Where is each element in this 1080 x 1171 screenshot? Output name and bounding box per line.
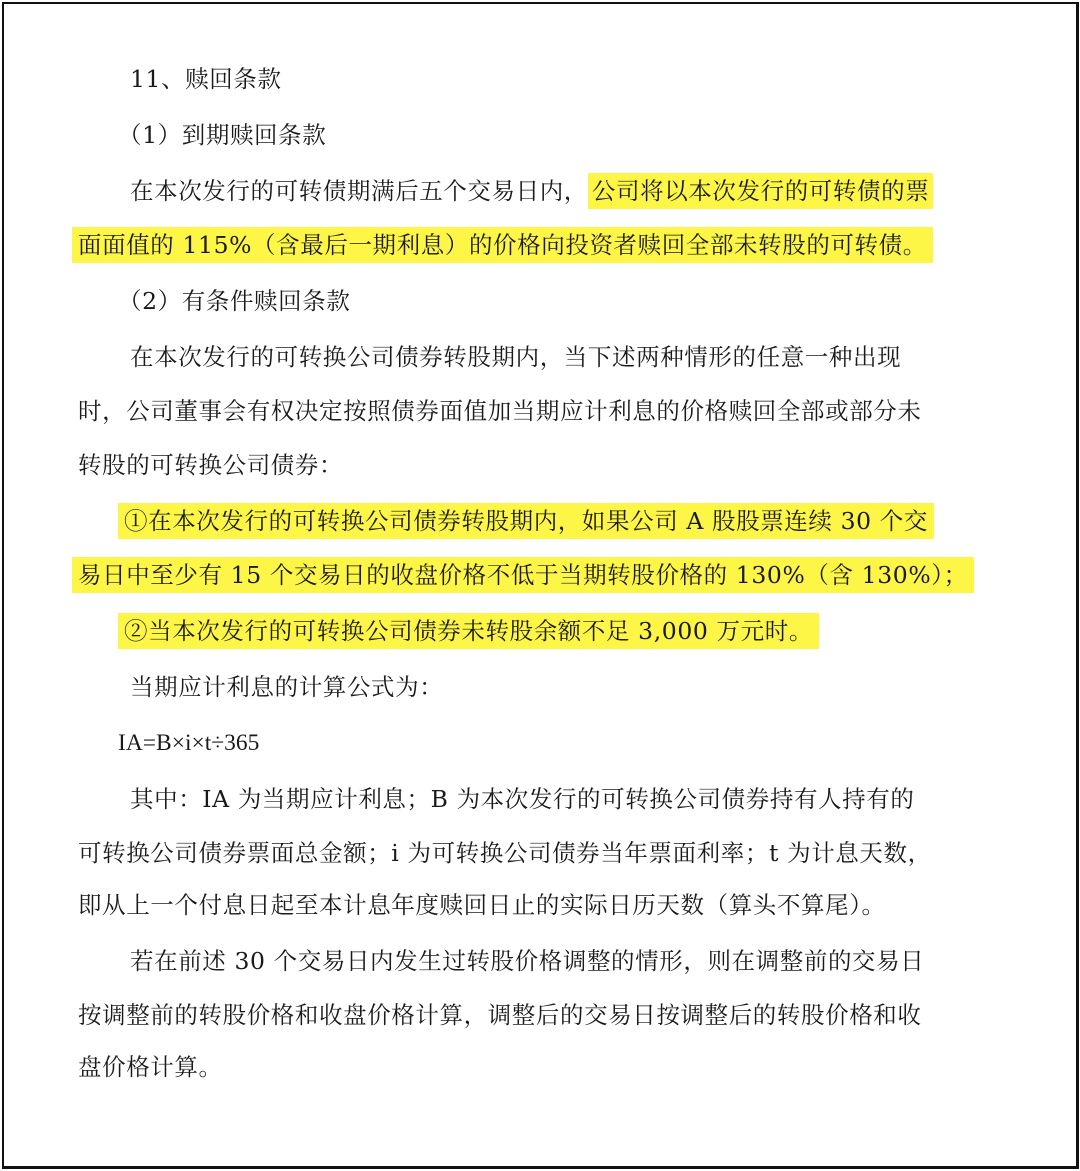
maturity-text-plain: 在本次发行的可转债期满后五个交易日内， xyxy=(130,177,588,205)
adjustment-line-2: 按调整前的转股价格和收盘价格计算，调整后的交易日按调整后的转股价格和收 xyxy=(78,998,922,1032)
maturity-text-highlight-2: 面面值的 115%（含最后一期利息）的价格向投资者赎回全部未转股的可转债。 xyxy=(72,227,933,263)
subsection-title-maturity-redemption: （1）到期赎回条款 xyxy=(118,118,326,152)
condition-1-line-2: 易日中至少有 15 个交易日的收盘价格不低于当期转股价格的 130%（含 130… xyxy=(78,558,974,592)
condition-1-highlight: ①在本次发行的可转换公司债券转股期内，如果公司 A 股股票连续 30 个交 xyxy=(118,503,934,539)
maturity-text-highlight: 公司将以本次发行的可转债的票 xyxy=(588,173,933,209)
explanation-line-3: 即从上一个付息日起至本计息年度赎回日止的实际日历天数（算头不算尾）。 xyxy=(78,888,886,922)
maturity-paragraph-line-2: 面面值的 115%（含最后一期利息）的价格向投资者赎回全部未转股的可转债。 xyxy=(78,228,933,262)
condition-2: ②当本次发行的可转换公司债券未转股余额不足 3,000 万元时。 xyxy=(124,614,819,648)
condition-1-line-1: ①在本次发行的可转换公司债券转股期内，如果公司 A 股股票连续 30 个交 xyxy=(124,504,934,538)
condition-1-highlight-2: 易日中至少有 15 个交易日的收盘价格不低于当期转股价格的 130%（含 130… xyxy=(72,557,974,593)
section-title: 11、赎回条款 xyxy=(130,62,282,96)
conditional-paragraph-line-2: 时，公司董事会有权决定按照债券面值加当期应计利息的价格赎回全部或部分未 xyxy=(78,394,922,428)
adjustment-line-1: 若在前述 30 个交易日内发生过转股价格调整的情形，则在调整前的交易日 xyxy=(78,944,924,978)
explanation-line-2: 可转换公司债券票面总金额；i 为可转换公司债券当年票面利率；t 为计息天数， xyxy=(78,836,932,870)
condition-2-highlight: ②当本次发行的可转换公司债券未转股余额不足 3,000 万元时。 xyxy=(118,613,819,649)
adjustment-line-3: 盘价格计算。 xyxy=(78,1050,223,1084)
subsection-title-conditional-redemption: （2）有条件赎回条款 xyxy=(118,284,350,318)
conditional-paragraph-line-3: 转股的可转换公司债券： xyxy=(78,448,343,482)
interest-formula: IA=B×i×t÷365 xyxy=(118,726,259,760)
conditional-paragraph-line-1: 在本次发行的可转换公司债券转股期内，当下述两种情形的任意一种出现 xyxy=(78,340,901,374)
formula-intro: 当期应计利息的计算公式为： xyxy=(78,670,443,704)
maturity-paragraph-line-1: 在本次发行的可转债期满后五个交易日内，公司将以本次发行的可转债的票 xyxy=(78,174,933,208)
explanation-line-1: 其中：IA 为当期应计利息；B 为本次发行的可转换公司债券持有人持有的 xyxy=(78,782,914,816)
